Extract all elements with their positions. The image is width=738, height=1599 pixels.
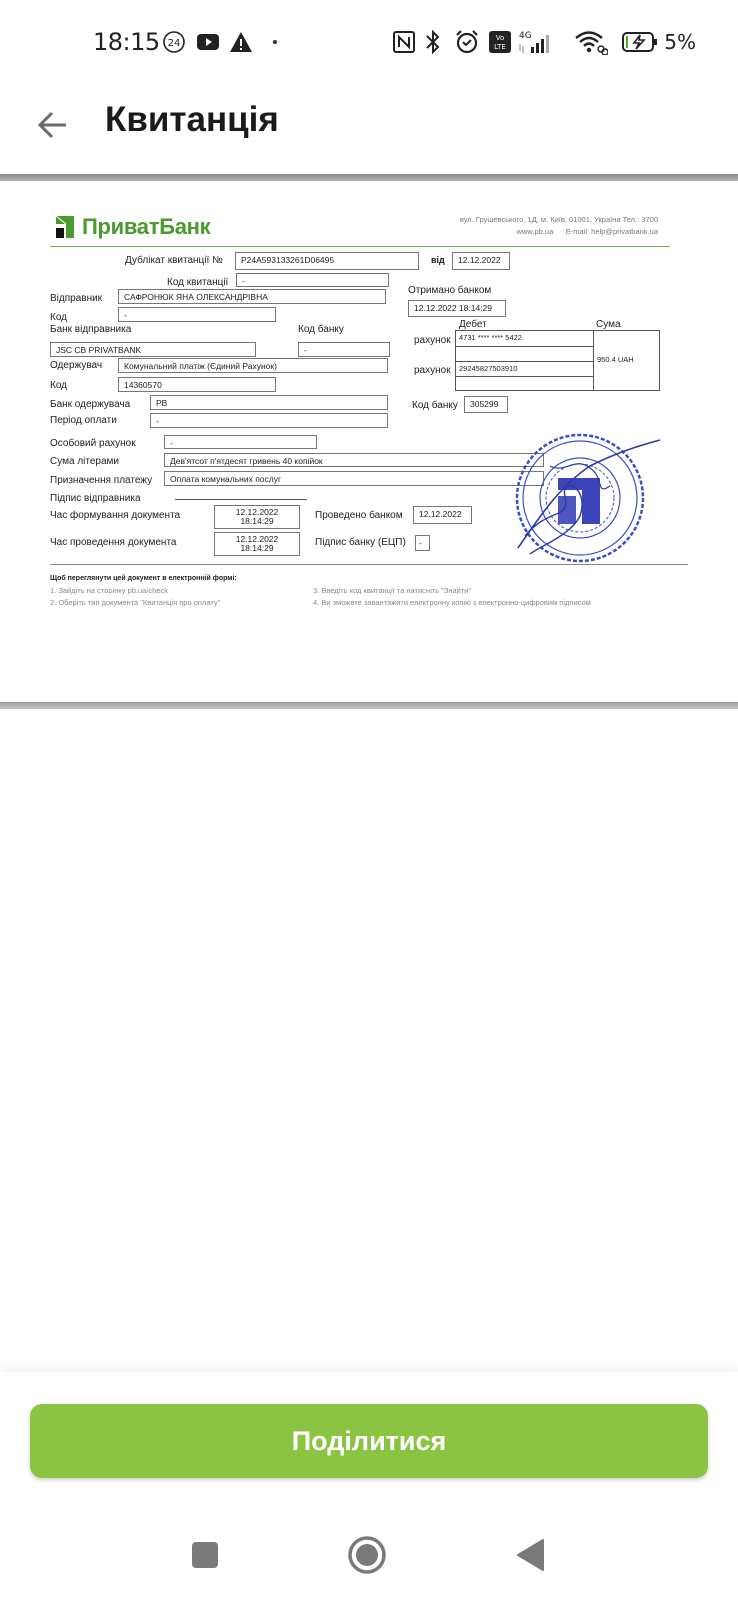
- bank-signature-label: Підпис банку (ЕЦП): [315, 537, 406, 548]
- header-divider: [50, 246, 670, 247]
- bank-email: E-mail: help@privatbank.ua: [566, 227, 658, 236]
- status-time: 18:15: [93, 28, 160, 56]
- amount-words: Дев'ятсот п'ятдесят гривень 40 копійок: [164, 453, 544, 467]
- payment-period-label: Період оплати: [50, 415, 117, 426]
- amount-words-label: Сума літерами: [50, 456, 119, 467]
- volte-icon: VoLTE: [489, 30, 511, 54]
- bank-name: ПриватБанк: [82, 214, 210, 240]
- debit-account-label: рахунок: [414, 335, 451, 346]
- warning-icon: [229, 30, 253, 54]
- instruction-2: 2. Оберіть тип документа "Квитанція про …: [50, 598, 220, 607]
- personal-account: -: [164, 435, 317, 449]
- sender: САФРОНЮК ЯНА ОЛЕКСАНДРІВНА: [118, 289, 386, 304]
- sender-signature-label: Підпис відправника: [50, 493, 141, 504]
- recipient-bank: PB: [150, 395, 388, 410]
- sender-bank-code: -: [298, 342, 390, 357]
- sender-bank-label: Банк відправника: [50, 324, 131, 335]
- doc-processed-time: 18:14:29: [220, 544, 294, 553]
- received-by-bank: 12.12.2022 18:14:29: [408, 300, 506, 317]
- bank-stamp-icon: [510, 426, 670, 566]
- svg-text:4G: 4G: [519, 31, 532, 41]
- address-line: вул. Грушевського, 1Д, м. Київ, 01001, У…: [460, 214, 658, 226]
- receipt-code-label: Код квитанції: [167, 277, 228, 288]
- battery-percent: 5%: [664, 30, 696, 54]
- privatbank-logo: ПриватБанк: [54, 214, 210, 240]
- sender-label: Відправник: [50, 293, 102, 304]
- recipient-bank-code: 305299: [464, 396, 508, 413]
- payment-period: -: [150, 413, 388, 428]
- doc-processed: 12.12.2022 18:14:29: [214, 532, 300, 556]
- doc-created-time: 18:14:29: [220, 517, 294, 526]
- recipient-bank-code-label: Код банку: [412, 400, 458, 411]
- doc-created: 12.12.2022 18:14:29: [214, 505, 300, 529]
- sender-bank-code-label: Код банку: [298, 324, 344, 335]
- accounts-table: 4731 **** **** 5422 29245827503910 950.4…: [455, 330, 660, 391]
- back-triangle-icon: [515, 1538, 547, 1572]
- credit-account: 29245827503910: [459, 364, 517, 373]
- duplicate-number: P24A593133261D06495: [235, 252, 419, 270]
- instruction-3: 3. Введіть код квитанції та натисніть "З…: [313, 586, 471, 595]
- system-nav-bar: [0, 1520, 738, 1599]
- processed-by-bank: 12.12.2022: [413, 506, 472, 524]
- purpose-label: Призначення платежу: [50, 475, 152, 486]
- share-button[interactable]: Поділитися: [30, 1404, 708, 1478]
- recipient-bank-label: Банк одержувача: [50, 399, 130, 410]
- nfc-icon: [392, 30, 416, 54]
- credit-account-label: рахунок: [414, 365, 451, 376]
- receipt-code: -: [236, 273, 389, 287]
- home-icon: [347, 1535, 387, 1575]
- nav-back-button[interactable]: [506, 1530, 556, 1580]
- purpose: Оплата комунальних послуг: [164, 471, 544, 486]
- recipient-label: Одержувач: [50, 360, 102, 371]
- recents-button[interactable]: [180, 1530, 230, 1580]
- from-date: 12.12.2022: [452, 252, 510, 270]
- bank-website: www.pb.ua: [517, 227, 554, 236]
- debit-header: Дебет: [459, 319, 487, 330]
- svg-text:LTE: LTE: [494, 43, 506, 51]
- doc-processed-label: Час проведення документа: [50, 537, 176, 548]
- personal-account-label: Особовий рахунок: [50, 438, 136, 449]
- received-by-bank-label: Отримано банком: [408, 285, 491, 296]
- amount: 950.4 UAH: [597, 355, 634, 364]
- bank-address: вул. Грушевського, 1Д, м. Київ, 01001, У…: [460, 214, 658, 238]
- sender-code: -: [118, 307, 276, 322]
- sender-signature-line: [175, 499, 307, 500]
- alarm-icon: [454, 30, 480, 54]
- home-button[interactable]: [342, 1530, 392, 1580]
- status-bar: 18:15 24 VoLTE 4G 5%: [0, 0, 738, 86]
- page-title: Квитанція: [105, 100, 279, 140]
- battery-charging-icon: [622, 30, 658, 54]
- instruction-1: 1. Зайдіть на сторінку pb.ua/check: [50, 586, 168, 595]
- svg-text:24: 24: [168, 38, 181, 49]
- signal-4g-icon: 4G: [517, 30, 555, 54]
- instructions-title: Щоб переглянути цей документ в електронн…: [50, 575, 237, 582]
- privatbank-logo-icon: [54, 214, 78, 240]
- news-24-icon: 24: [162, 30, 186, 54]
- footer-divider: [50, 564, 688, 565]
- recents-icon: [190, 1540, 220, 1570]
- receipt-document: ПриватБанк вул. Грушевського, 1Д, м. Киї…: [0, 174, 738, 702]
- app-bar: Квитанція: [0, 86, 738, 174]
- duplicate-label: Дублікат квитанції №: [125, 255, 223, 266]
- sender-code-label: Код: [50, 312, 67, 323]
- recipient-code-label: Код: [50, 380, 67, 391]
- sender-bank: JSC CB PRIVATBANK: [50, 342, 256, 357]
- bank-signature: -: [415, 535, 430, 551]
- svg-text:Vo: Vo: [496, 34, 505, 42]
- wifi-icon: [574, 30, 608, 54]
- debit-account: 4731 **** **** 5422: [459, 333, 522, 342]
- back-button[interactable]: [30, 102, 76, 148]
- instruction-4: 4. Ви зможете завантажити електронну коп…: [313, 598, 591, 607]
- processed-by-bank-label: Проведено банком: [315, 510, 403, 521]
- youtube-icon: [196, 30, 220, 54]
- viewer-bottom-border: [0, 702, 738, 709]
- receipt-viewer[interactable]: ПриватБанк вул. Грушевського, 1Д, м. Киї…: [0, 174, 738, 706]
- dot-icon: [272, 30, 278, 54]
- from-label: від: [431, 255, 445, 265]
- doc-created-label: Час формування документа: [50, 510, 180, 521]
- sum-header: Сума: [596, 319, 621, 330]
- bluetooth-icon: [424, 30, 442, 54]
- recipient-code: 14360570: [118, 377, 276, 392]
- recipient: Комунальний платіж (Єдиний Рахунок): [118, 358, 388, 373]
- arrow-left-icon: [36, 108, 70, 142]
